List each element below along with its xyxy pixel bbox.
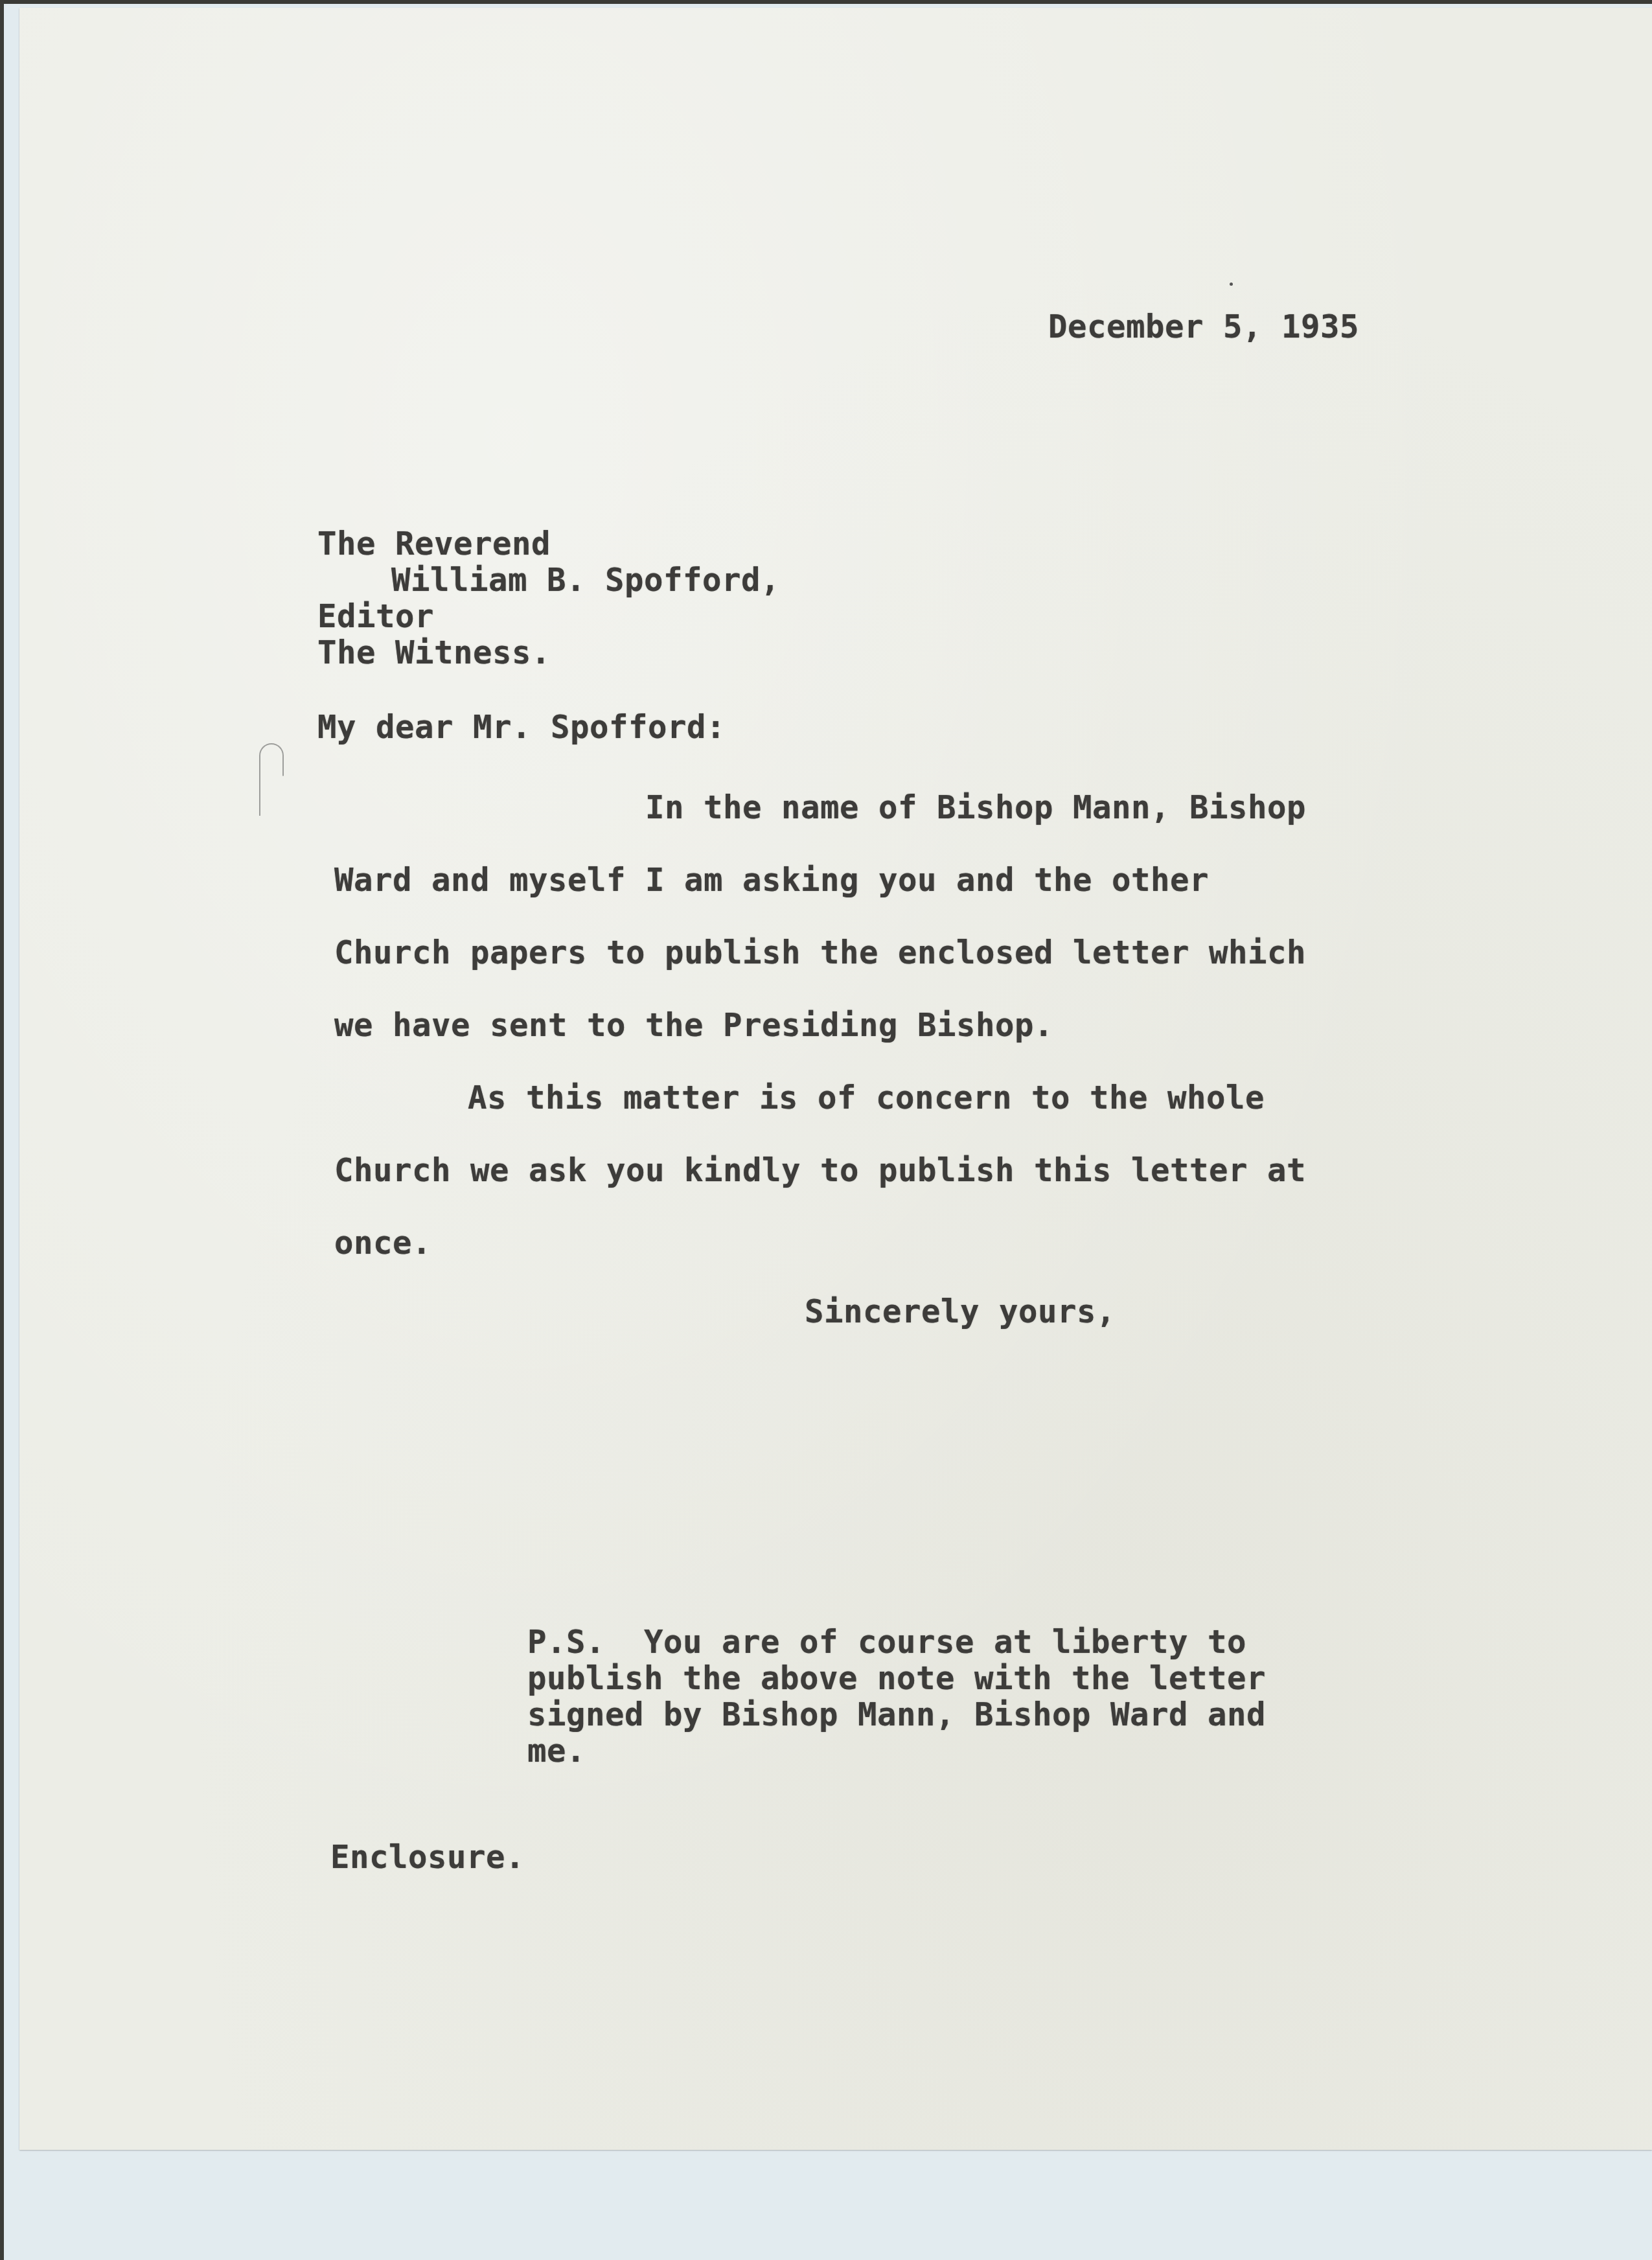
body-line: Church papers to publish the enclosed le… [334, 937, 1306, 969]
salutation: My dear Mr. Spofford: [317, 711, 726, 743]
enclosure-note: Enclosure. [330, 1841, 525, 1873]
address-line-title: The Reverend [317, 526, 551, 562]
address-line-publication: The Witness. [317, 635, 551, 671]
postscript-line: me. [527, 1735, 586, 1767]
address-line-role: Editor [317, 599, 434, 635]
body-line: we have sent to the Presiding Bishop. [334, 1009, 1053, 1041]
letter-date: December 5, 1935 [1048, 311, 1359, 343]
postscript-line: signed by Bishop Mann, Bishop Ward and [527, 1699, 1266, 1731]
letter-page: December 5, 1935 The Reverend William B.… [19, 8, 1652, 2150]
body-line: Church we ask you kindly to publish this… [334, 1155, 1306, 1186]
body-line: once. [334, 1227, 431, 1259]
ink-speck [1230, 282, 1233, 286]
body-line: As this matter is of concern to the whol… [468, 1082, 1265, 1114]
postscript-line: P.S. You are of course at liberty to [527, 1626, 1246, 1658]
address-line-name: William B. Spofford, [391, 562, 780, 599]
scanner-edge-left [0, 0, 4, 2260]
body-line: In the name of Bishop Mann, Bishop [645, 792, 1306, 824]
postscript-line: publish the above note with the letter [527, 1663, 1266, 1694]
scanner-edge-top [0, 0, 1652, 4]
closing: Sincerely yours, [805, 1296, 1116, 1328]
pencil-mark [259, 743, 284, 816]
body-line: Ward and myself I am asking you and the … [334, 864, 1209, 896]
